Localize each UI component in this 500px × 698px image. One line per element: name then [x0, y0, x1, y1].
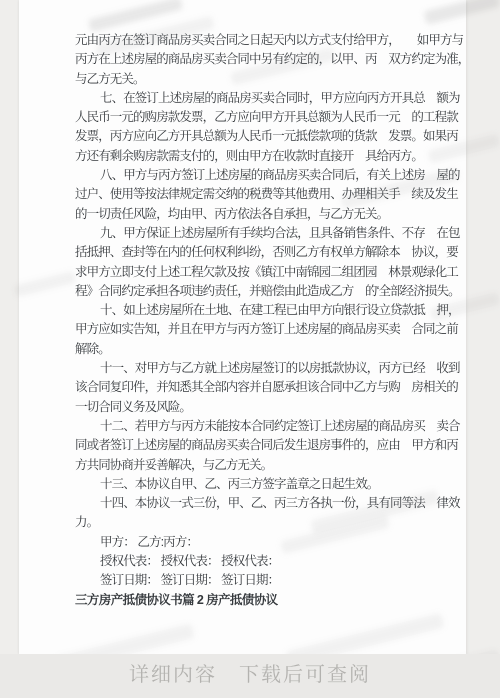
- document-line: 元由丙方在签订商品房买卖合同之日起天内以方式支付给甲方， 如甲方与: [75, 31, 435, 50]
- document-line: 十四、本协议一式三份，甲、乙、丙三方各执一份，具有同等法 律效: [75, 494, 435, 513]
- document-line: 括抵押、查封等在内的任何权利纠纷，否则乙方有权单方解除本 协议，要: [75, 243, 435, 262]
- document-line: 十一、对甲方与乙方就上述房屋签订的以房抵款协议，丙方已经 收到: [75, 359, 435, 378]
- document-line: 甲方： 乙方:丙方：: [75, 533, 435, 552]
- download-notice-bar: 详细内容 下载后可查阅: [0, 654, 500, 698]
- document-line: 七、在签订上述房屋的商品房买卖合同时，甲方应向丙方开具总 额为: [75, 89, 435, 108]
- document-line: 授权代表： 授权代表： 授权代表：: [75, 552, 435, 571]
- document-line: 丙方在上述房屋的商品房买卖合同中另有约定的，以甲、丙 双方约定为准，: [75, 50, 435, 69]
- document-line: 一切合同义务及风险。: [75, 398, 435, 417]
- document-line: 力。: [75, 513, 435, 532]
- document-line: 的一切责任风险，均由甲、丙方依法各自承担，与乙方无关。: [75, 205, 435, 224]
- download-notice-text: 详细内容 下载后可查阅: [0, 658, 500, 687]
- document-line: 签订日期： 签订日期： 签订日期：: [75, 571, 435, 590]
- document-line: 同或者签订上述房屋的商品房买卖合同后发生退房事件的，应由 甲方和丙: [75, 436, 435, 455]
- document-line: 过户、使用等按法律规定需交纳的税费等其他费用、办理相关手 续及发生: [75, 185, 435, 204]
- document-page: 元由丙方在签订商品房买卖合同之日起天内以方式支付给甲方， 如甲方与丙方在上述房屋…: [19, 0, 466, 654]
- document-line: 方还有剩余购房款需支付的，则由甲方在收款时直接开 具给丙方。: [75, 147, 435, 166]
- document-line: 十二、若甲方与丙方未能按本合同约定签订上述房屋的商品房买 卖合: [75, 417, 435, 436]
- document-line: 三方房产抵债协议书篇 2 房产抵债协议: [75, 591, 435, 610]
- document-line: 甲方应如实告知，并且在甲方与丙方签订上述房屋的商品房买卖 合同之前: [75, 320, 435, 339]
- document-line: 求甲方立即支付上述工程欠款及按《镇江中南锦园二组团园 林景观绿化工: [75, 263, 435, 282]
- document-line: 该合同复印件，并知悉其全部内容并自愿承担该合同中乙方与购 房相关的: [75, 378, 435, 397]
- document-line: 发票，丙方应向乙方开具总额为人民币一元抵偿款项的货款 发票。如果丙: [75, 127, 435, 146]
- document-line: 八、甲方与丙方签订上述房屋的商品房买卖合同后，有关上述房 屋的: [75, 166, 435, 185]
- document-line: 九、甲方保证上述房屋所有手续均合法，且具备销售条件、不存 在包: [75, 224, 435, 243]
- document-line: 十、如上述房屋所在土地、在建工程已由甲方向银行设立贷款抵 押，: [75, 301, 435, 320]
- document-preview: 元由丙方在签订商品房买卖合同之日起天内以方式支付给甲方， 如甲方与丙方在上述房屋…: [0, 0, 500, 698]
- document-line: 程》合同约定承担各项违约责任，并赔偿由此造成乙方 的‘全部经济损失。: [75, 282, 435, 301]
- document-line: 解除。: [75, 340, 435, 359]
- document-line: 十三、本协议自甲、乙、丙三方签字盖章之日起生效。: [75, 475, 435, 494]
- document-line: 方共同协商并妥善解决，与乙方无关。: [75, 456, 435, 475]
- document-line: 与乙方无关。: [75, 70, 435, 89]
- document-line: 人民币一元的购房款发票，乙方应向甲方开具总额为人民币一元 的工程款: [75, 108, 435, 127]
- document-body: 元由丙方在签订商品房买卖合同之日起天内以方式支付给甲方， 如甲方与丙方在上述房屋…: [75, 31, 435, 610]
